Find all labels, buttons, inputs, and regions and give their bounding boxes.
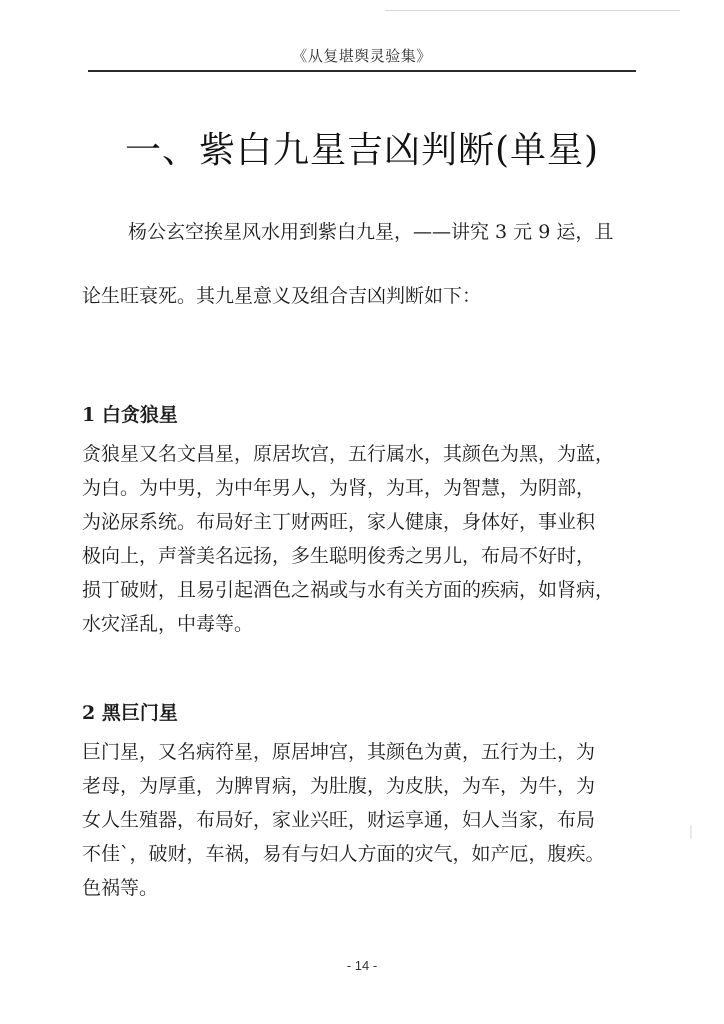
section-1-line-5: 损丁破财，且易引起酒色之祸或与水有关方面的疾病，如肾病， [82, 573, 652, 607]
section-2-line-2: 老母，为厚重，为脾胃病，为肚腹，为皮肤，为车，为牛，为 [82, 769, 652, 803]
page-number: - 14 - [0, 958, 724, 973]
section-heading-1: 1 白贪狼星 [82, 398, 178, 432]
section-2-line-1: 巨门星，又名病符星，原居坤宫，其颜色为黄，五行为土，为 [82, 735, 652, 769]
section-1-line-3: 为泌尿系统。布局好主丁财两旺，家人健康，身体好，事业积 [82, 505, 652, 539]
scan-artifact-speck [690, 825, 692, 839]
chapter-title: 一、紫白九星吉凶判断(单星) [0, 122, 724, 173]
section-2-line-5: 色祸等。 [82, 871, 652, 905]
running-header: 《从复堪舆灵验集》 [0, 45, 724, 66]
section-1-line-4: 极向上，声誉美名远扬，多生聪明俊秀之男儿，布局不好时， [82, 539, 652, 573]
section-heading-2: 2 黑巨门星 [82, 696, 178, 730]
header-rule [88, 70, 636, 72]
section-1-line-1: 贪狼星又名文昌星，原居坎宫，五行属水，其颜色为黑，为蓝， [82, 437, 652, 471]
intro-line-2: 论生旺衰死。其九星意义及组合吉凶判断如下： [82, 279, 652, 313]
section-2-line-4: 不佳`，破财，车祸，易有与妇人方面的灾气，如产厄，腹疾。 [82, 837, 652, 871]
section-2-line-3: 女人生殖器，布局好，家业兴旺，财运享通，妇人当家，布局 [82, 803, 652, 837]
section-1-line-6: 水灾淫乱，中毒等。 [82, 607, 652, 641]
scan-artifact-line [385, 10, 680, 11]
section-body-2: 巨门星，又名病符星，原居坤宫，其颜色为黄，五行为土，为 老母，为厚重，为脾胃病，… [82, 735, 652, 905]
section-body-1: 贪狼星又名文昌星，原居坎宫，五行属水，其颜色为黑，为蓝， 为白。为中男，为中年男… [82, 437, 652, 641]
intro-paragraph: 杨公玄空挨星风水用到紫白九星，——讲究 3 元 9 运，且 论生旺衰死。其九星意… [82, 215, 652, 313]
section-1-line-2: 为白。为中男，为中年男人，为肾，为耳，为智慧，为阴部， [82, 471, 652, 505]
intro-line-1: 杨公玄空挨星风水用到紫白九星，——讲究 3 元 9 运，且 [82, 215, 652, 249]
